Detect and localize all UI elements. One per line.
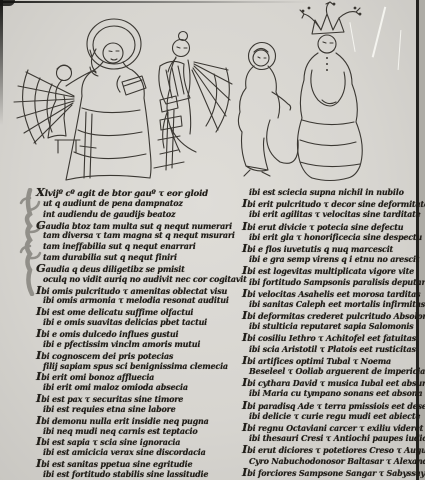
- text-line: Ibi artifices optimi Tubal τ Noema: [242, 355, 425, 366]
- text-line: Gaudia q deus diligetibz se pmisit: [36, 263, 244, 274]
- sleeve: [117, 76, 120, 92]
- text-line: tam diversa τ tam magna st q nequt msura…: [36, 230, 244, 241]
- halo-inner: [93, 26, 135, 64]
- text-line: ibi neq mudi neq carnis est teptacio: [36, 426, 244, 437]
- text-line: Ibi deformitas crederet pulcritudo Absol…: [242, 310, 425, 321]
- button: [326, 69, 328, 71]
- text-line: Ibi e flos iuvetutis q nuq marcescit: [242, 243, 425, 254]
- chapter-heading: Xlvijº cº agit de btor gauº τ eor gloid: [36, 187, 244, 198]
- arms-clasped: [311, 70, 345, 106]
- text-line: ut q audiunt de pena dampnatoz: [36, 198, 244, 209]
- text-line: Beseleel τ Ooliab arguerent de impericia: [242, 366, 425, 377]
- left-text-column: Xlvijº cº agit de btor gauº τ eor gloid …: [36, 187, 244, 480]
- held-object: [267, 120, 299, 163]
- text-line: Ibi est pax τ securitas sine timore: [36, 393, 244, 404]
- manuscript-drawing: [0, 0, 425, 185]
- text-line: ibi delicie τ curie regu mudi eet abiect…: [242, 411, 425, 422]
- crown-leaf: [302, 10, 305, 13]
- text-line: Ibi cosiliu Iethro τ Achitofel eet fatui…: [242, 332, 425, 343]
- crown-leaf: [359, 13, 362, 16]
- text-line: ibi Maria cu tympano sonans eet absona: [242, 388, 425, 399]
- text-line: ibi e pfectissim vinclm amoris mutui: [36, 339, 244, 350]
- text-line: Ibi cythara David τ musica Iubal eet abs…: [242, 377, 425, 388]
- text-line: ibi est requies etna sine labore: [36, 404, 244, 415]
- bench-legs: [80, 112, 96, 178]
- arm: [272, 92, 291, 110]
- angel-arm: [66, 71, 96, 86]
- text-line: Ibi est ome delicatu suffime olfactui: [36, 306, 244, 317]
- text-line: ibi omis armonia τ melodia resonat audit…: [36, 295, 244, 306]
- robe: [297, 53, 362, 178]
- text-line: Cyro Nabuchodonosor Baltasar τ Alexandro: [242, 456, 425, 467]
- text-line: Ibi velocitas Asahelis eet morosa tardit…: [242, 288, 425, 299]
- manuscript-photo-page: Xlvijº cº agit de btor gauº τ eor gloid …: [0, 0, 425, 480]
- text-line: ibi e gra semp virens q i etnu no aresci…: [242, 254, 425, 265]
- crown-leaf: [354, 7, 357, 10]
- face: [109, 51, 119, 60]
- head: [253, 50, 269, 66]
- text-line: ibi est sciecia supna nichil in nubilo: [242, 187, 425, 198]
- robe-folds: [66, 108, 150, 180]
- text-line: ibi erit omi maloz omioda absecia: [36, 382, 244, 393]
- text-line: Gaudia btoz tam multa sut q nequt numera…: [36, 220, 244, 231]
- text-line: filij sapiam spus sci benignissima cleme…: [36, 361, 244, 372]
- text-line: oculq no vidit auriq no audivit nec cor …: [36, 274, 244, 285]
- text-line: Ibi paradisq Ade τ terra pmissiois eet d…: [242, 400, 425, 411]
- button: [326, 57, 328, 59]
- text-line: Ibi est sapia τ scia sine ignoracia: [36, 436, 244, 447]
- angel-wing-arcs: [23, 70, 52, 144]
- text-line: tam ineffabilia sut q nequt enarrari: [36, 241, 244, 252]
- face-beard: [320, 42, 334, 53]
- text-line: ibi scia Aristotil τ Platois eet rustici…: [242, 344, 425, 355]
- text-line: ibi est amicicia verax sine discordacia: [36, 447, 244, 458]
- crown-leaf: [333, 3, 336, 6]
- text-line: Ibi forciores Sampsone Sangar τ Sabyssay: [242, 467, 425, 478]
- kneeling-king-figure: [297, 2, 362, 181]
- text-line: Ibi erit pulcritudo τ decor sine deformi…: [242, 198, 425, 209]
- text-line: Ibi omis pulcritudo τ amenitas oblectat …: [36, 285, 244, 296]
- harp-stand: [154, 96, 184, 170]
- harp-angel-figure: [154, 32, 232, 171]
- button: [326, 63, 328, 65]
- face: [177, 47, 187, 48]
- text-line: Ibi est logevitas multiplicata vigore vi…: [242, 265, 425, 276]
- text-line: Ibi regnu Octaviani carcer τ exiliu vide…: [242, 422, 425, 433]
- robe-folds: [300, 120, 360, 181]
- text-line: ibi stulticia reputaret sapia Salomonis: [242, 321, 425, 332]
- text-line: Ibi erut diciores τ potetiores Creso τ A…: [242, 444, 425, 455]
- text-line: ibi fortitudo Sampsonis paralisis deputa…: [242, 277, 425, 288]
- wing-rays: [192, 62, 232, 130]
- kneeling-youth-figure: [238, 43, 298, 177]
- text-line: int audiendu de gaudijs beatoz: [36, 209, 244, 220]
- book: [122, 76, 146, 95]
- text-line: Ibi est sanitas ppetua sine egritudie: [36, 458, 244, 469]
- face: [258, 57, 266, 58]
- right-text-column: ibi est sciecia supna nichil in nubilo I…: [242, 187, 425, 478]
- robe-outline: [66, 62, 151, 180]
- text-line: ibi thesauri Cresi τ Antiochi paupes iud…: [242, 433, 425, 444]
- text-line: tam durabilia sut q nequt finiri: [36, 252, 244, 263]
- text-line: ibi erit agilitas τ velocitas sine tardi…: [242, 209, 425, 220]
- text-line: ibi est fortitudo stabilis sine lassitud…: [36, 469, 244, 480]
- cloak: [238, 66, 279, 132]
- angel-stool: [55, 140, 80, 153]
- text-line: Ibi erut divicie τ potecia sine defectu: [242, 221, 425, 232]
- text-line: Ibi cognoscem dei pris potecias: [36, 350, 244, 361]
- kneeling-legs: [242, 132, 271, 176]
- text-line: Ibi demonu nulla erit insidie neq pugna: [36, 415, 244, 426]
- text-line: Ibi e omis dulcedo influes gustui: [36, 328, 244, 339]
- crown-leaf: [308, 7, 311, 10]
- text-line: ibi e omis suavitas delicias pbet tactui: [36, 317, 244, 328]
- text-line: ibi sanitas Caleph eet mortalis infirmit…: [242, 299, 425, 310]
- wing-arcs: [206, 68, 229, 132]
- harp-frame: [159, 61, 190, 104]
- crown-sprigs: [300, 2, 360, 30]
- text-line: Ibi erit omi bonoz affluecia: [36, 371, 244, 382]
- seated-christ-figure: [66, 19, 151, 180]
- text-line: ibi erit gla τ honorificecia sine despec…: [242, 232, 425, 243]
